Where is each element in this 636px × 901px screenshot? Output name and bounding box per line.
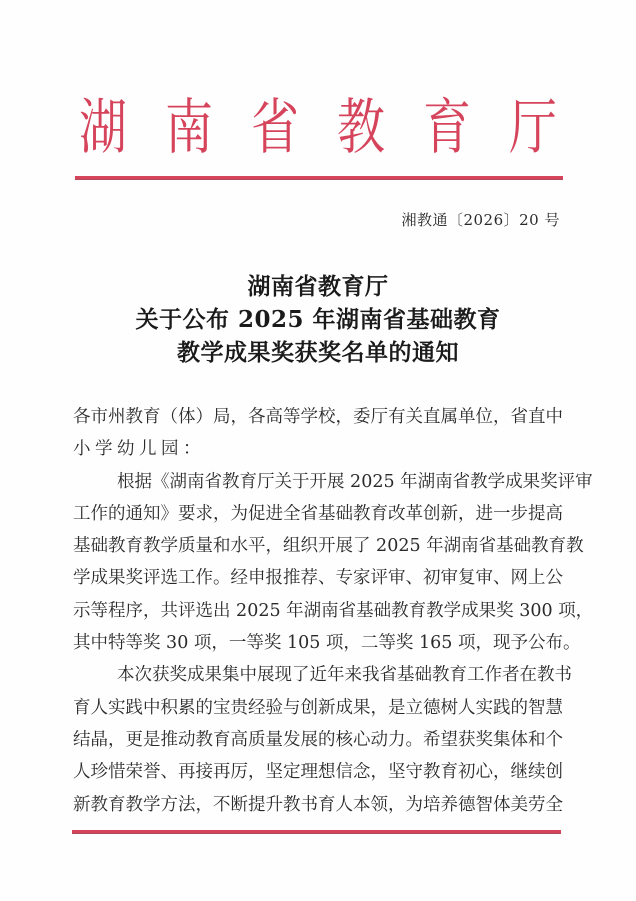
masthead-char: 育 xyxy=(422,92,472,164)
document-number: 湘教通〔2026〕20 号 xyxy=(401,209,560,231)
red-divider-bottom xyxy=(72,830,561,834)
masthead-red-header: 湖 南 省 教 育 厅 xyxy=(72,92,564,164)
paragraph-line: 学成果奖评选工作。经申报推荐、专家评审、初审复审、网上公 xyxy=(73,562,563,594)
document-title: 湖南省教育厅 关于公布 2025 年湖南省基础教育 教学成果奖获奖名单的通知 xyxy=(0,270,636,369)
paragraph-line: 基础教育教学质量和水平，组织开展了 2025 年湖南省基础教育教 xyxy=(73,530,563,562)
title-line: 湖南省教育厅 xyxy=(0,270,636,303)
masthead-char: 南 xyxy=(164,92,214,164)
paragraph-line: 其中特等奖 30 项，一等奖 105 项，二等奖 165 项，现予公布。 xyxy=(73,627,563,659)
masthead-char: 教 xyxy=(336,92,386,164)
document-page: 湖 南 省 教 育 厅 湘教通〔2026〕20 号 湖南省教育厅 关于公布 20… xyxy=(0,0,636,901)
title-line: 教学成果奖获奖名单的通知 xyxy=(0,336,636,369)
paragraph-line: 结晶，更是推动教育高质量发展的核心动力。希望获奖集体和个 xyxy=(73,724,563,756)
paragraph-line: 工作的通知》要求，为促进全省基础教育改革创新，进一步提高 xyxy=(73,498,563,530)
paragraph-line: 示等程序，共评选出 2025 年湖南省基础教育教学成果奖 300 项， xyxy=(73,595,563,627)
paragraph-line: 育人实践中积累的宝贵经验与创新成果，是立德树人实践的智慧 xyxy=(73,692,563,724)
masthead-char: 湖 xyxy=(78,92,128,164)
salutation-line: 各市州教育（体）局，各高等学校，委厅有关直属单位，省直中 xyxy=(73,401,563,433)
masthead-char: 厅 xyxy=(508,92,558,164)
red-divider-top xyxy=(75,176,563,180)
title-line: 关于公布 2025 年湖南省基础教育 xyxy=(0,303,636,336)
paragraph-line: 新教育教学方法，不断提升教书育人本领，为培养德智体美劳全 xyxy=(73,789,563,821)
paragraph-line: 根据《湖南省教育厅关于开展 2025 年湖南省教学成果奖评审 xyxy=(73,466,563,498)
document-body: 各市州教育（体）局，各高等学校，委厅有关直属单位，省直中 小学幼儿园： 根据《湖… xyxy=(73,401,563,821)
paragraph-line: 本次获奖成果集中展现了近年来我省基础教育工作者在教书 xyxy=(73,659,563,691)
salutation-line: 小学幼儿园： xyxy=(73,433,563,465)
paragraph-line: 人珍惜荣誉、再接再厉，坚定理想信念，坚守教育初心，继续创 xyxy=(73,756,563,788)
masthead-char: 省 xyxy=(250,92,300,164)
